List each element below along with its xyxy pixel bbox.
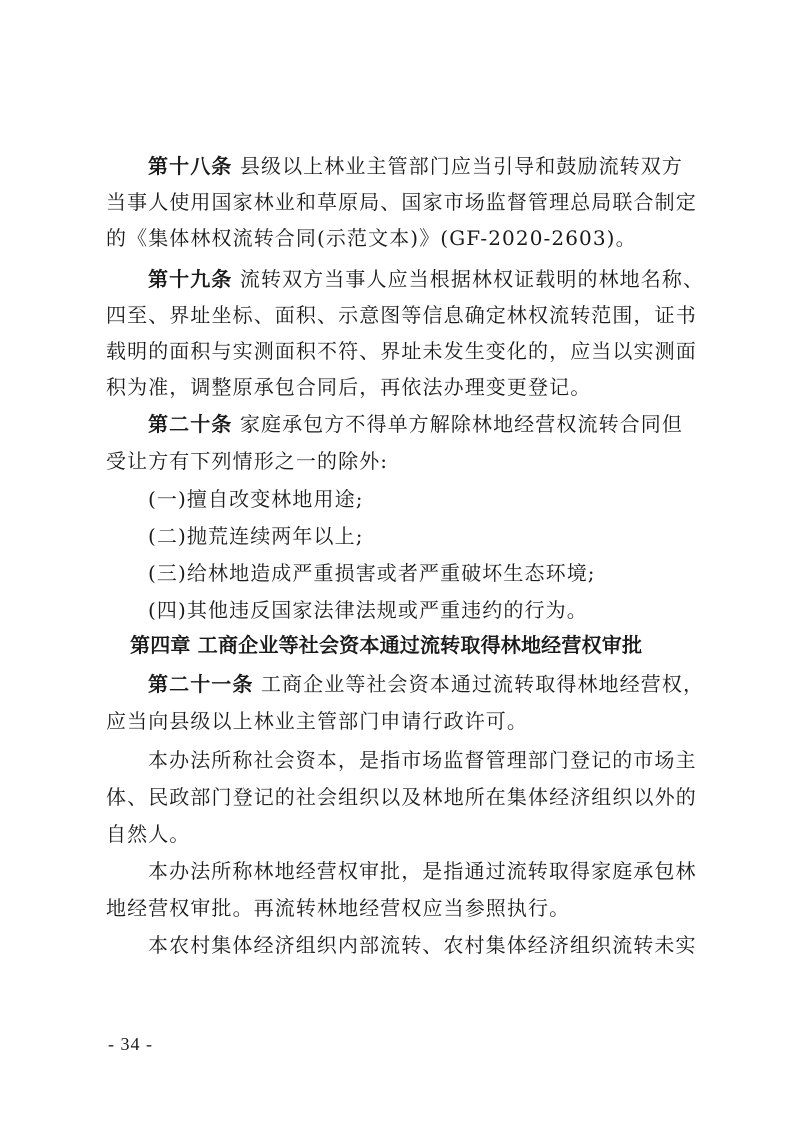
article-19-line-1: 第十九条 流转双方当事人应当根据林权证载明的林地名称、 xyxy=(148,261,704,298)
article-20-item-3: (三)给林地造成严重损害或者严重破坏生态环境; xyxy=(148,555,596,592)
article-19-line-4: 积为准，调整原承包合同后，再依法办理变更登记。 xyxy=(106,369,591,406)
article-20-item-2: (二)抛荒连续两年以上; xyxy=(148,518,364,555)
chapter-heading: 第四章 工商企业等社会资本通过流转取得林地经营权审批 xyxy=(130,627,642,664)
paragraph-3-line-1: 本农村集体经济组织内部流转、农村集体经济组织流转未实 xyxy=(148,927,697,964)
paragraph-2-line-1: 本办法所称林地经营权审批，是指通过流转取得家庭承包林 xyxy=(148,853,697,890)
article-19-title: 第十九条 xyxy=(148,267,232,291)
paragraph-1-line-3: 自然人。 xyxy=(106,816,190,853)
article-18-line-3: 的《集体林权流转合同(示范文本)》(GF-2020-2603)。 xyxy=(106,220,637,257)
article-21-line-1: 第二十一条 工商企业等社会资本通过流转取得林地经营权， xyxy=(148,666,704,703)
article-18-title: 第十八条 xyxy=(148,154,232,178)
article-20-item-4: (四)其他违反国家法律法规或严重违约的行为。 xyxy=(148,592,588,629)
article-20-item-1: (一)擅自改变林地用途; xyxy=(148,481,364,518)
article-20-line-2: 受让方有下列情形之一的除外: xyxy=(106,443,388,480)
article-21-line-2: 应当向县级以上林业主管部门申请行政许可。 xyxy=(106,703,528,740)
paragraph-1-line-1: 本办法所称社会资本，是指市场监督管理部门登记的市场主 xyxy=(148,742,697,779)
article-18-line-2: 当事人使用国家林业和草原局、国家市场监督管理总局联合制定 xyxy=(106,184,697,221)
article-19-line-2: 四至、界址坐标、面积、示意图等信息确定林权流转范围，证书 xyxy=(106,297,697,334)
paragraph-1-line-2: 体、民政部门登记的社会组织以及林地所在集体经济组织以外的 xyxy=(106,779,697,816)
paragraph-2-line-2: 地经营权审批。再流转林地经营权应当参照执行。 xyxy=(106,890,570,927)
article-19-line-3: 载明的面积与实测面积不符、界址未发生变化的，应当以实测面 xyxy=(106,333,697,370)
article-18-line-1: 第十八条 县级以上林业主管部门应当引导和鼓励流转双方 xyxy=(148,148,683,185)
article-20-title: 第二十条 xyxy=(148,412,232,436)
article-20-line-1: 第二十条 家庭承包方不得单方解除林地经营权流转合同但 xyxy=(148,406,683,443)
article-21-title: 第二十一条 xyxy=(148,672,254,696)
page-number: - 34 - xyxy=(108,1034,153,1055)
